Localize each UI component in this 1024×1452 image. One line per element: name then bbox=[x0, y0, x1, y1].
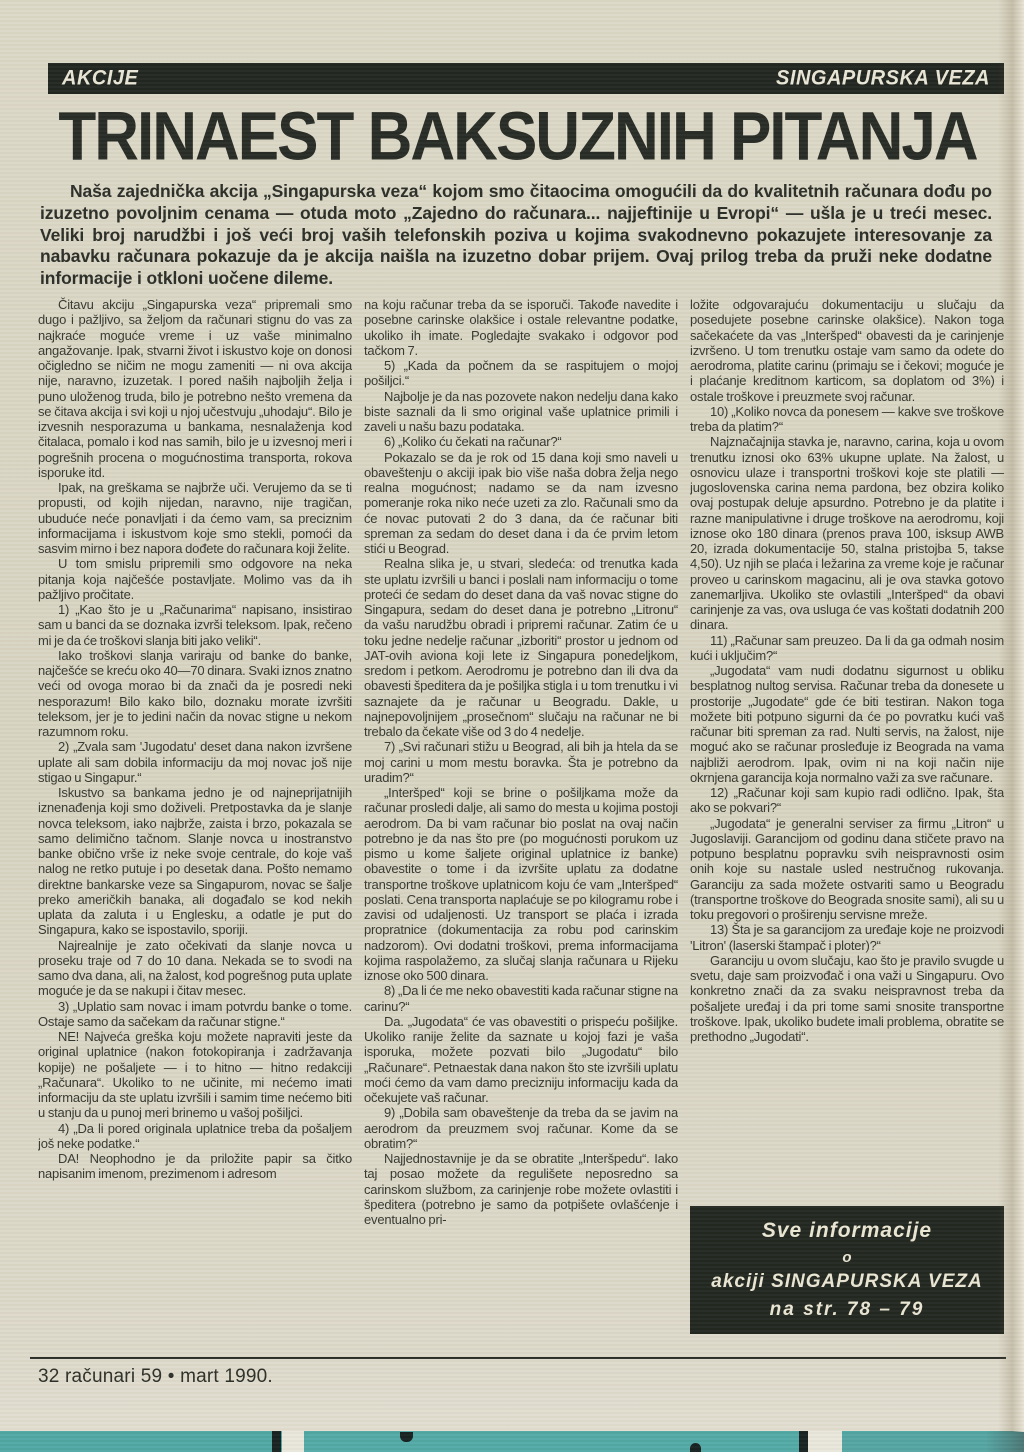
body-paragraph: 3) „Uplatio sam novac i imam potvrdu ban… bbox=[38, 999, 352, 1030]
info-box: Sve informacije o akciji SINGAPURSKA VEZ… bbox=[690, 1206, 1004, 1334]
footer-rule bbox=[30, 1357, 1006, 1359]
body-paragraph: Garanciju u ovom slučaju, kao što je pra… bbox=[690, 953, 1004, 1045]
body-paragraph: „Jugodata“ je generalni serviser za firm… bbox=[690, 816, 1004, 923]
body-paragraph: Da. „Jugodata“ će vas obavestiti o prisp… bbox=[364, 1014, 678, 1106]
body-paragraph: 9) „Dobila sam obaveštenje da treba da s… bbox=[364, 1105, 678, 1151]
body-paragraph: 7) „Svi računari stižu u Beograd, ali bi… bbox=[364, 739, 678, 785]
body-paragraph: U tom smislu pripremili smo odgovore na … bbox=[38, 556, 352, 602]
section-label: AKCIJE bbox=[62, 66, 138, 90]
body-paragraph: 6) „Koliko ću čekati na računar?“ bbox=[364, 434, 678, 449]
info-box-line-2: o bbox=[842, 1249, 851, 1266]
body-paragraph: 8) „Da li će me neko obavestiti kada rač… bbox=[364, 983, 678, 1014]
body-paragraph: Najbolje je da nas pozovete nakon nedelj… bbox=[364, 389, 678, 435]
body-paragraph: 1) „Kao što je u „Računarima“ napisano, … bbox=[38, 602, 352, 648]
next-page-edge-mark bbox=[690, 1443, 701, 1452]
body-paragraph: „Jugodata“ vam nudi dodatnu sigurnost u … bbox=[690, 663, 1004, 785]
section-bar: AKCIJE SINGAPURSKA VEZA bbox=[48, 63, 1004, 94]
body-paragraph: ložite odgovarajuću dokumentaciju u sluč… bbox=[690, 297, 1004, 404]
body-paragraph: Ipak, na greškama se najbrže uči. Veruje… bbox=[38, 480, 352, 556]
next-page-edge-mark bbox=[799, 1431, 808, 1452]
feature-label: SINGAPURSKA VEZA bbox=[776, 66, 990, 90]
body-paragraph: 13) Šta je sa garancijom za uređaje koje… bbox=[690, 922, 1004, 953]
body-paragraph: 12) „Računar koji sam kupio radi odlično… bbox=[690, 785, 1004, 816]
next-page-edge-gap bbox=[808, 1431, 842, 1452]
body-paragraph: Čitavu akciju „Singapurska veza“ priprem… bbox=[38, 297, 352, 480]
body-paragraph: „Interšped“ koji se brine o pošiljkama m… bbox=[364, 785, 678, 983]
next-page-edge-shadow bbox=[985, 1431, 1024, 1452]
body-paragraph: Iskustvo sa bankama jedno je od najnepri… bbox=[38, 785, 352, 938]
body-paragraph: Najjednostavnije je da se obratite „Inte… bbox=[364, 1151, 678, 1227]
body-paragraph: Najrealnije je zato očekivati da slanje … bbox=[38, 938, 352, 999]
body-paragraph: 5) „Kada da počnem da se raspitujem o mo… bbox=[364, 358, 678, 389]
body-paragraph: NE! Najveća greška koju možete napraviti… bbox=[38, 1029, 352, 1121]
body-paragraph: Najznačajnija stavka je, naravno, carina… bbox=[690, 434, 1004, 632]
body-paragraph: 11) „Računar sam preuzeo. Da li da ga od… bbox=[690, 633, 1004, 664]
body-paragraph: na koju računar treba da se isporuči. Ta… bbox=[364, 297, 678, 358]
intro-paragraph: Naša zajednička akcija „Singapurska veza… bbox=[40, 181, 992, 290]
info-box-line-4: na str. 78 – 79 bbox=[770, 1299, 925, 1321]
text-column-3: ložite odgovarajuću dokumentaciju u sluč… bbox=[690, 297, 1004, 1359]
info-box-line-1: Sve informacije bbox=[762, 1219, 932, 1243]
body-paragraph: 4) „Da li pored originala uplatnice treb… bbox=[38, 1121, 352, 1152]
text-column-1: Čitavu akciju „Singapurska veza“ priprem… bbox=[38, 297, 352, 1359]
info-box-line-3: akciji SINGAPURSKA VEZA bbox=[711, 1271, 982, 1293]
body-paragraph: Pokazalo se da je rok od 15 dana koji sm… bbox=[364, 450, 678, 557]
next-page-edge-block bbox=[304, 1433, 808, 1452]
page-footer: 32 računari 59 • mart 1990. bbox=[38, 1366, 273, 1388]
body-paragraph: 10) „Koliko novca da ponesem — kakve sve… bbox=[690, 404, 1004, 435]
body-paragraph: Realna slika je, u stvari, sledeća: od t… bbox=[364, 556, 678, 739]
next-page-edge-mark bbox=[272, 1431, 281, 1452]
body-paragraph: Iako troškovi slanja variraju od banke d… bbox=[38, 648, 352, 740]
article-headline: TRINAEST BAKSUZNIH PITANJA bbox=[30, 98, 1005, 177]
text-column-2: na koju računar treba da se isporuči. Ta… bbox=[364, 297, 678, 1359]
body-paragraph: 2) „Zvala sam 'Jugodatu' deset dana nako… bbox=[38, 739, 352, 785]
body-paragraph: DA! Neophodno je da priložite papir sa č… bbox=[38, 1151, 352, 1182]
article-body: Čitavu akciju „Singapurska veza“ priprem… bbox=[38, 297, 1004, 1359]
magazine-page: AKCIJE SINGAPURSKA VEZA TRINAEST BAKSUZN… bbox=[0, 0, 1024, 1452]
next-page-edge bbox=[0, 1431, 1024, 1452]
next-page-edge-gap bbox=[282, 1431, 304, 1452]
